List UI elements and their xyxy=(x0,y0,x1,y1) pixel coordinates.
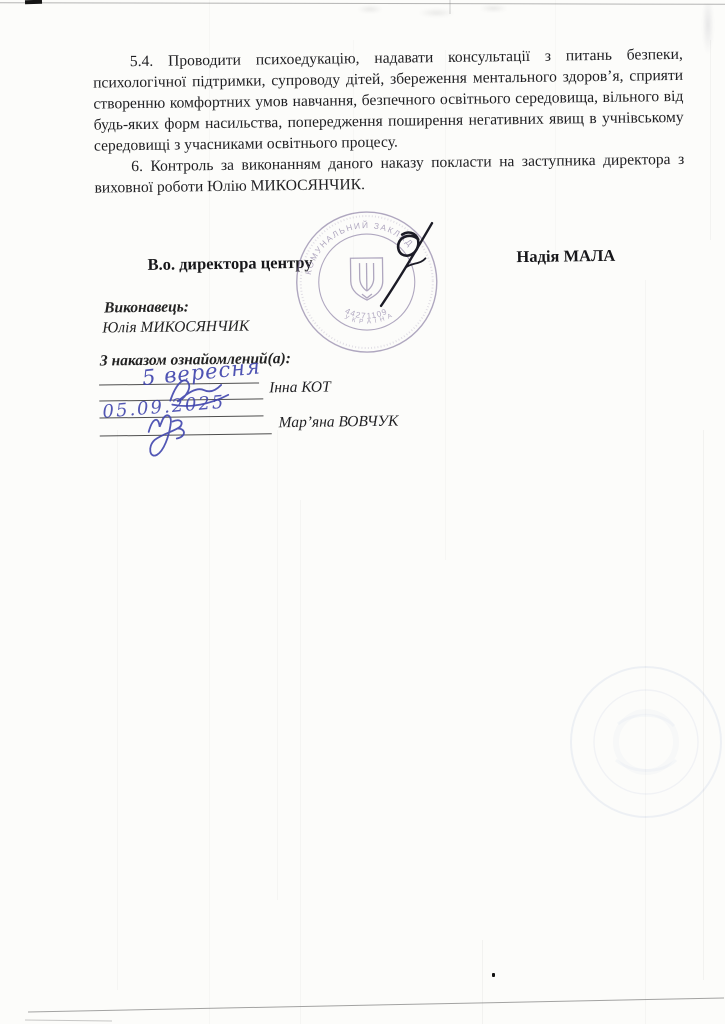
executor-name: Юлія МИКОСЯНЧИК xyxy=(102,318,249,338)
signatory-title: В.о. директора центру xyxy=(147,253,312,275)
director-signature xyxy=(372,215,445,311)
acknowledger-name-1: Інна КОТ xyxy=(269,379,331,398)
scanned-order-page: 5.4. Проводити психоедукацію, надавати к… xyxy=(0,0,725,1024)
order-body: 5.4. Проводити психоедукацію, надавати к… xyxy=(93,44,685,199)
paragraph-6: 6. Контроль за виконанням даного наказу … xyxy=(94,149,684,199)
ghost-stamp xyxy=(566,664,725,824)
paragraph-5-4: 5.4. Проводити психоедукацію, надавати к… xyxy=(93,44,684,157)
acknowledger-name-2: Мар’яна ВОВЧУК xyxy=(278,413,398,433)
executor-label: Виконавець: xyxy=(104,298,189,317)
document-sheet: 5.4. Проводити психоедукацію, надавати к… xyxy=(0,0,725,1024)
acknowledgement-signature-2 xyxy=(141,409,200,462)
signatory-name: Надія МАЛА xyxy=(516,246,615,267)
